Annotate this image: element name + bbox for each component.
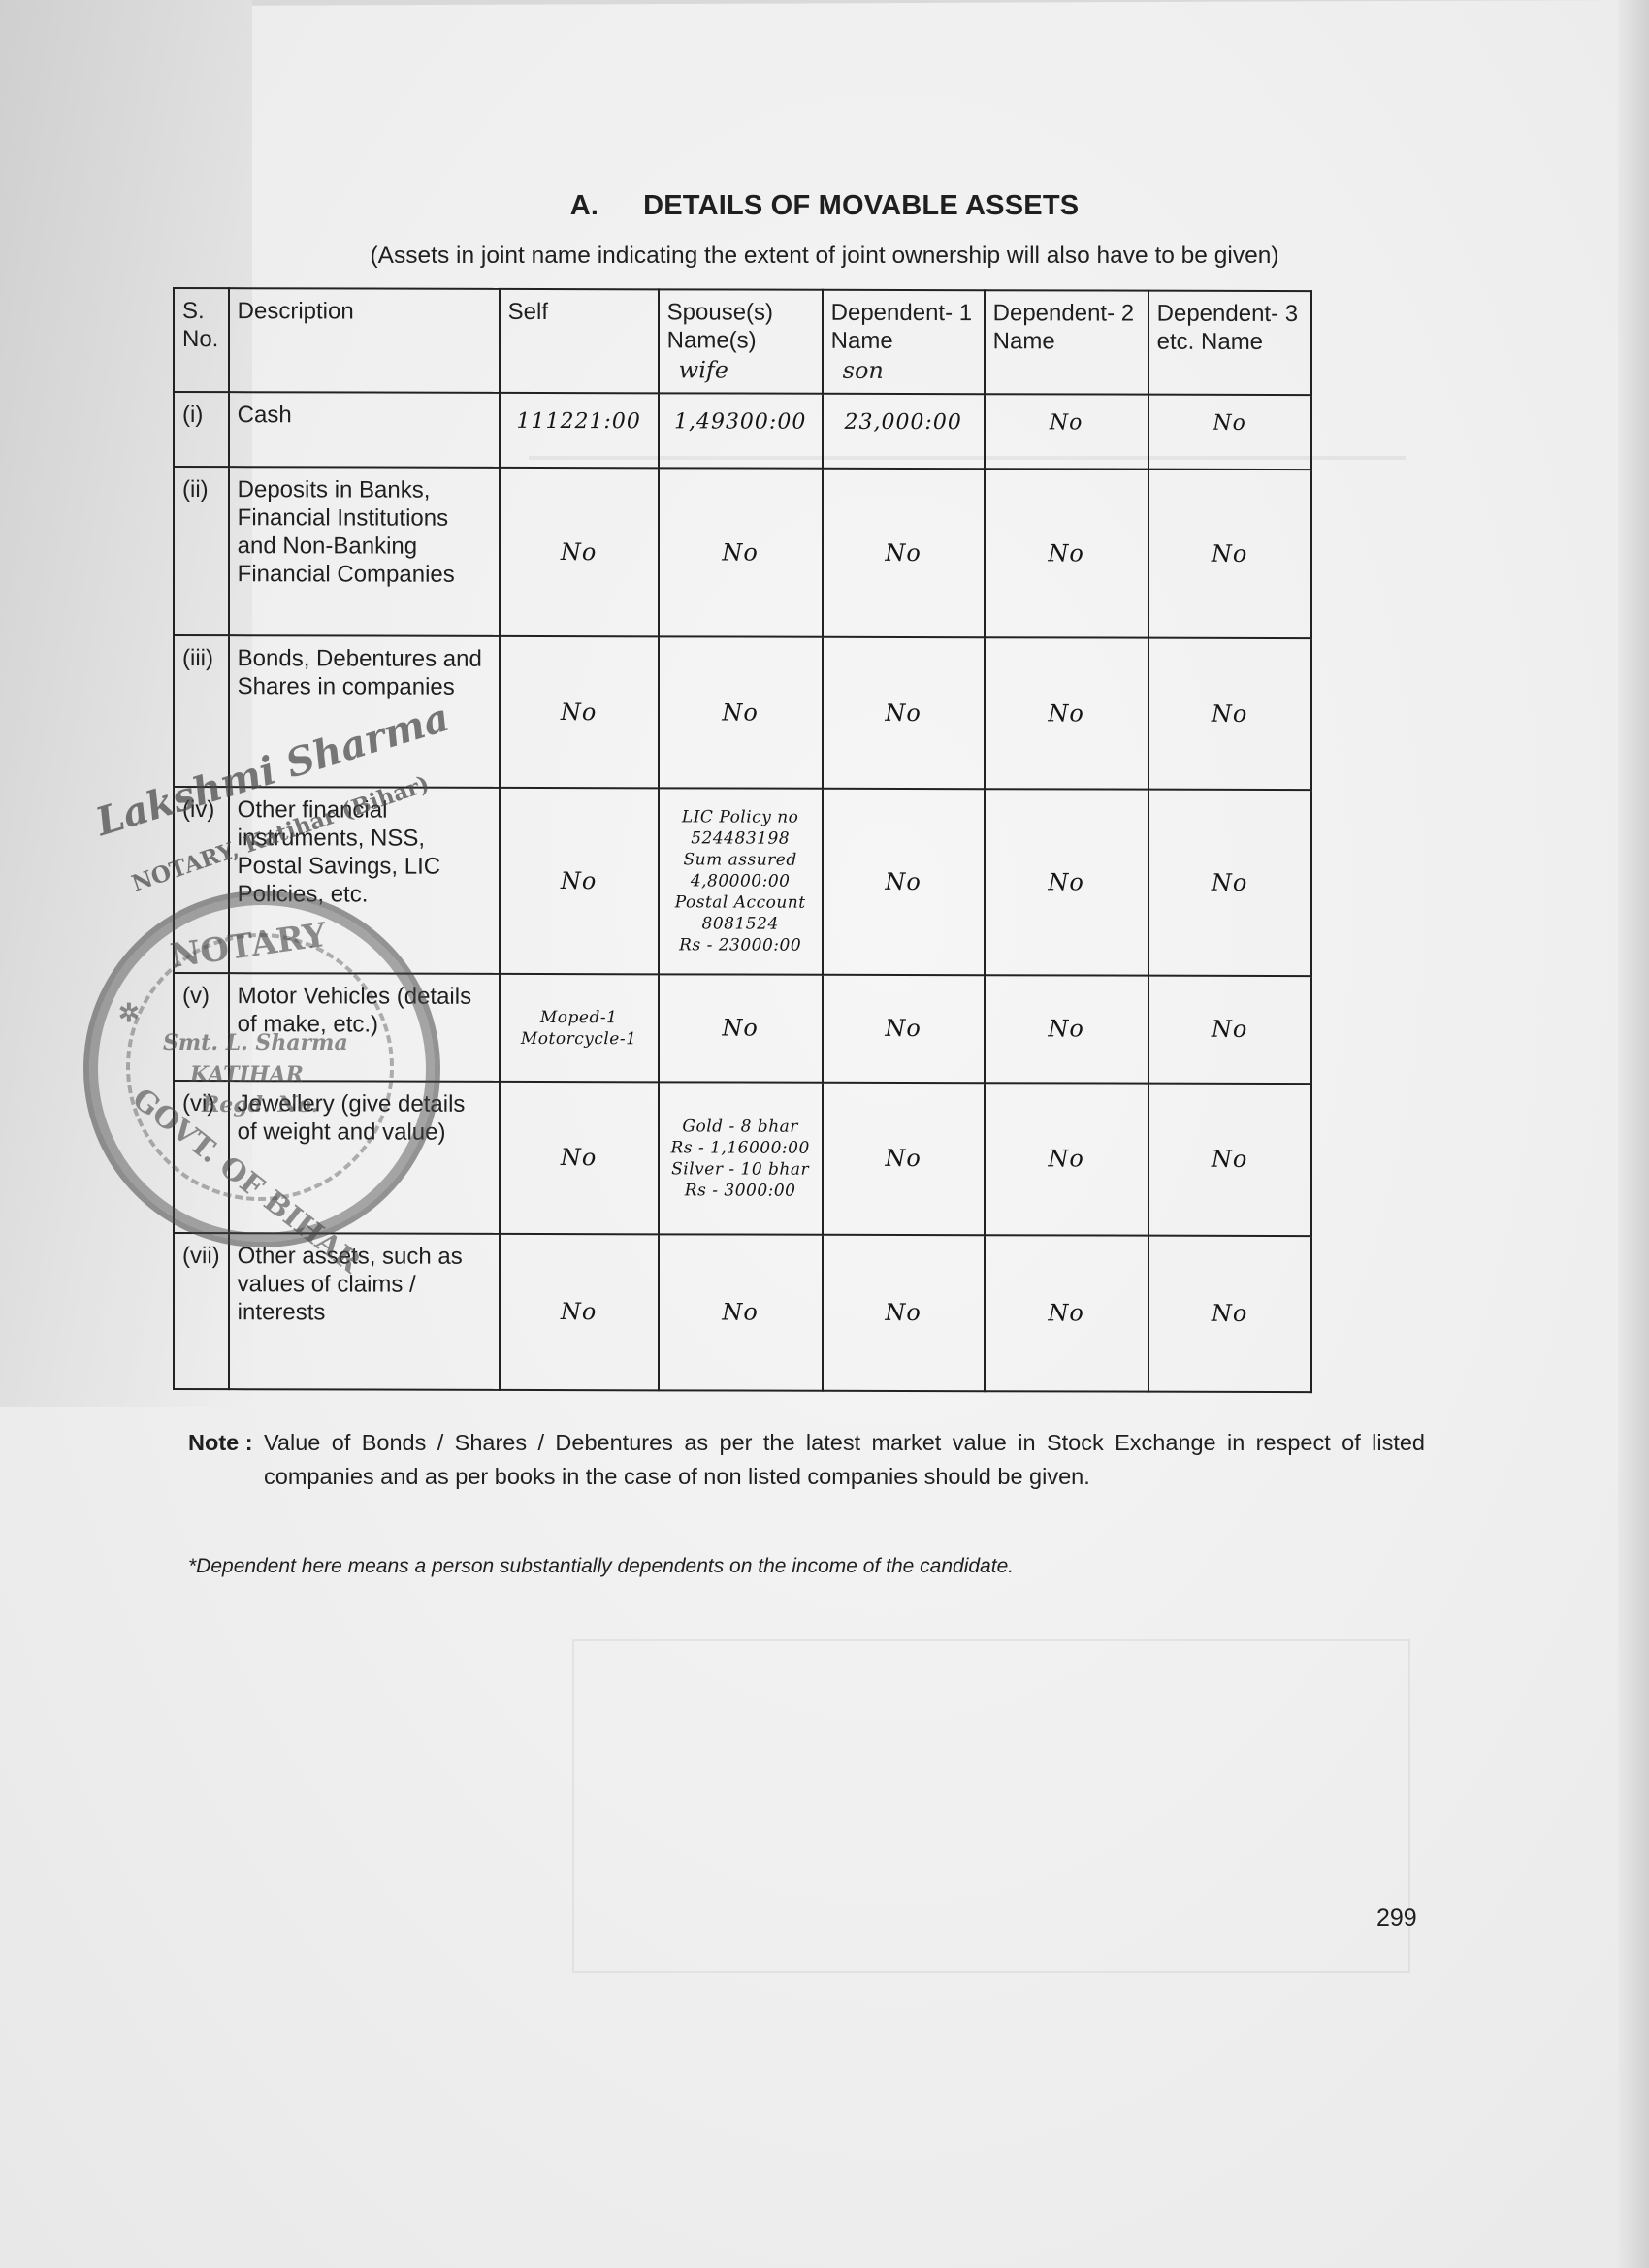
header-self: Self — [500, 289, 659, 393]
cell-dependent2: No — [985, 1083, 1148, 1235]
cell-description: Deposits in Banks, Financial Institution… — [229, 467, 500, 636]
header-dependent1-handwritten: son — [831, 357, 976, 385]
cell-dependent2: No — [985, 1235, 1148, 1391]
table-row: (ii)Deposits in Banks, Financial Institu… — [174, 467, 1311, 638]
header-spouse-label: Spouse(s) Name(s) — [667, 299, 773, 353]
cell-self: Moped-1Motorcycle-1 — [500, 974, 659, 1082]
cell-dependent3: No — [1148, 1084, 1311, 1236]
cell-dependent1: No — [823, 975, 985, 1083]
header-sno: S. No. — [174, 288, 229, 392]
cell-dependent3: No — [1148, 395, 1311, 470]
cell-spouse: No — [659, 1234, 823, 1390]
cell-dependent1: No — [823, 1083, 985, 1235]
cell-dependent3: No — [1148, 470, 1311, 638]
cell-self-line: Motorcycle-1 — [501, 1027, 658, 1049]
section-prefix: A. — [570, 190, 598, 221]
seal-regd: Regd. No. — [202, 1092, 318, 1118]
header-dependent1-label: Dependent- 1 Name — [831, 300, 972, 354]
cell-self: No — [500, 636, 659, 788]
seal-name: Smt. L. Sharma — [163, 1030, 348, 1055]
cell-self: No — [500, 1082, 659, 1234]
header-dependent1: Dependent- 1 Name son — [823, 290, 985, 394]
header-dependent3: Dependent- 3 etc. Name — [1148, 291, 1311, 395]
cell-spouse-line: Rs - 1,16000:00 — [660, 1137, 822, 1158]
cell-dependent3: No — [1148, 638, 1311, 790]
cell-spouse: Gold - 8 bharRs - 1,16000:00Silver - 10 … — [659, 1082, 823, 1234]
seal-star-icon: ✲ — [118, 999, 140, 1028]
cell-dependent2: No — [985, 394, 1148, 469]
cell-spouse: No — [659, 974, 823, 1082]
cell-dependent3: No — [1148, 976, 1311, 1084]
cell-spouse-line: Silver - 10 bhar — [660, 1158, 822, 1180]
section-subtitle: (Assets in joint name indicating the ext… — [0, 243, 1649, 270]
cell-dependent2: No — [985, 789, 1148, 975]
cell-spouse-line: 4,80000:00 — [660, 870, 822, 891]
cell-dependent3: No — [1148, 790, 1311, 976]
cell-dependent1: No — [823, 469, 985, 637]
cell-spouse: LIC Policy no524483198Sum assured4,80000… — [659, 788, 823, 974]
cell-spouse: No — [659, 468, 823, 636]
section-title: A.DETAILS OF MOVABLE ASSETS — [0, 190, 1649, 222]
header-spouse: Spouse(s) Name(s) wife — [659, 289, 823, 393]
cell-dependent1: 23,000:00 — [823, 394, 985, 469]
cell-dependent1: No — [823, 789, 985, 975]
cell-dependent3: No — [1148, 1236, 1311, 1392]
header-spouse-handwritten: wife — [667, 356, 814, 384]
cell-description: Cash — [229, 392, 500, 468]
cell-sno: (ii) — [174, 467, 229, 635]
page-edge — [1618, 0, 1649, 2268]
section-heading: DETAILS OF MOVABLE ASSETS — [643, 190, 1079, 221]
header-description: Description — [229, 288, 500, 393]
table-row: (i)Cash111221:001,49300:0023,000:00NoNo — [174, 392, 1311, 470]
note-label: Note : — [188, 1430, 253, 1455]
cell-dependent2: No — [985, 975, 1148, 1083]
cell-spouse-line: Gold - 8 bhar — [660, 1116, 822, 1137]
cell-dependent2: No — [985, 637, 1148, 789]
cell-sno: (i) — [174, 392, 229, 467]
cell-spouse-line: 524483198 — [660, 827, 822, 849]
show-through-table — [572, 1639, 1410, 1973]
table-header-row: S. No. Description Self Spouse(s) Name(s… — [174, 288, 1311, 395]
cell-self: No — [500, 788, 659, 974]
dependent-footnote: *Dependent here means a person substanti… — [188, 1555, 1014, 1578]
cell-sno: (vii) — [174, 1233, 229, 1389]
cell-spouse-line: Rs - 3000:00 — [660, 1180, 822, 1201]
cell-spouse-line: Rs - 23000:00 — [660, 934, 822, 956]
cell-self: 111221:00 — [500, 393, 659, 468]
cell-dependent2: No — [985, 469, 1148, 637]
seal-place: KATIHAR — [190, 1062, 304, 1087]
cell-self-line: Moped-1 — [501, 1006, 658, 1027]
cell-spouse-line: LIC Policy no — [660, 806, 822, 827]
note: Note : Value of Bonds / Shares / Debentu… — [188, 1426, 1425, 1494]
cell-spouse-line: Postal Account — [660, 891, 822, 913]
page-number: 299 — [1376, 1904, 1417, 1932]
cell-spouse-line: 8081524 — [660, 913, 822, 934]
cell-self: No — [500, 1234, 659, 1390]
cell-dependent1: No — [823, 637, 985, 789]
note-text: Value of Bonds / Shares / Debentures as … — [264, 1426, 1425, 1494]
cell-spouse: No — [659, 636, 823, 788]
cell-self: No — [500, 468, 659, 636]
cell-spouse-line: Sum assured — [660, 849, 822, 870]
cell-spouse: 1,49300:00 — [659, 393, 823, 468]
cell-dependent1: No — [823, 1235, 985, 1391]
header-dependent2: Dependent- 2 Name — [985, 290, 1148, 394]
